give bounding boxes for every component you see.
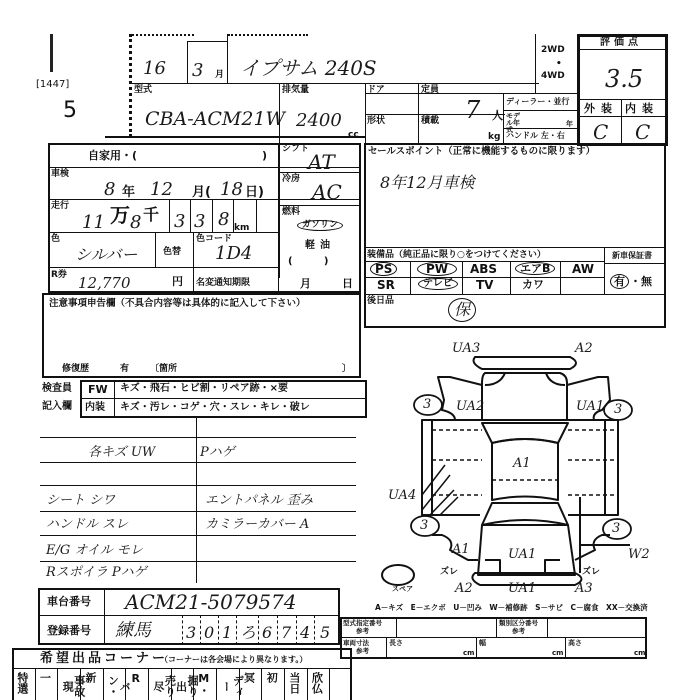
remark-left: E/G オイル モレ	[46, 544, 143, 557]
mark-a1-rear: A1	[452, 543, 470, 556]
color-label: 色	[51, 235, 60, 244]
corner-option[interactable]: 掘り出	[175, 672, 198, 700]
corner-divider	[57, 668, 58, 700]
displacement-label: 排気量	[282, 86, 309, 95]
interior-check-items: キズ・汚レ・コゲ・穴・スレ・キレ・破レ	[120, 403, 310, 413]
recycle-value: 12,770	[78, 276, 131, 291]
month-unit: 月	[215, 71, 224, 80]
reg-cell	[200, 615, 201, 645]
frame-line	[386, 637, 387, 659]
mark-w2: W2	[628, 548, 650, 561]
mileage-digit: 3	[174, 213, 185, 231]
class-label: 類別区分番号	[499, 620, 538, 627]
sales-block	[364, 143, 666, 328]
usage-label: 自家用・(	[88, 150, 137, 161]
frame-line	[396, 617, 397, 637]
shape-label: 形状	[367, 117, 385, 126]
mark-a1-roof: A1	[513, 457, 531, 470]
frame-line	[48, 232, 278, 233]
reg-cell	[277, 615, 278, 645]
equipment-tv[interactable]: TV	[476, 279, 493, 291]
capacity: 7	[465, 98, 480, 122]
frame-line	[510, 261, 511, 294]
mark-zure-right: ズレ	[582, 568, 600, 577]
exterior-label: 外装	[584, 103, 618, 114]
mileage-man: 11	[82, 214, 105, 232]
score-label: 評価点	[600, 38, 642, 48]
chassis-number: ACM21-5079574	[125, 592, 297, 612]
repair-history-value: 有	[120, 365, 129, 374]
corner-divider	[148, 668, 149, 700]
model-year-unit: 年	[566, 121, 573, 128]
remark-left: ハンドル スレ	[46, 518, 128, 531]
mark-ua1-bottom: UA1	[508, 582, 536, 595]
reg-cell	[314, 615, 315, 645]
name-change-day: 日	[342, 278, 353, 289]
exterior-grade: C	[593, 122, 608, 142]
corner-option[interactable]: 特選	[16, 672, 28, 694]
later-items-value: 保	[448, 298, 476, 322]
reg-digit: 1	[222, 625, 232, 641]
length-label: 長さ	[389, 640, 403, 647]
frame-line	[38, 615, 340, 616]
model-code-label: 型式	[134, 86, 152, 95]
equipment-aw[interactable]: AW	[572, 263, 594, 275]
fuel-label: 燃料	[282, 208, 300, 217]
corner-divider	[193, 668, 194, 700]
mark-a2-top: A2	[575, 342, 593, 355]
corner-option[interactable]: 新	[84, 672, 96, 683]
displacement: 2400	[296, 112, 342, 130]
remark-right: カミラーカバー A	[205, 518, 309, 531]
reg-digit: 6	[262, 625, 272, 641]
color-value: シルバー	[75, 247, 137, 263]
frame-line	[580, 116, 666, 117]
equipment-tv-circled[interactable]: テレビ	[418, 278, 458, 290]
reg-digit: 0	[204, 625, 214, 641]
sales-points-text: 8年12月車検	[380, 175, 475, 191]
frame-line	[503, 110, 579, 111]
color-code: 1D4	[215, 245, 252, 263]
frame-line	[547, 617, 548, 637]
corner-note: （コーナーは各会場により異なります。）	[160, 656, 307, 664]
frame-line	[278, 172, 361, 173]
reg-digit: ろ	[240, 625, 256, 641]
sales-points-label: セールスポイント（正常に機能するものに限ります）	[368, 147, 595, 157]
corner-option[interactable]: 欣仏	[311, 672, 323, 694]
reg-cell	[258, 615, 259, 645]
mark-ua1-tailgate: UA1	[508, 548, 536, 561]
frame-line	[476, 637, 477, 659]
equipment-abs[interactable]: ABS	[470, 263, 497, 275]
mileage-cell-line	[169, 199, 170, 232]
ruled-line	[40, 437, 356, 438]
ac-label: 冷房	[282, 175, 300, 184]
displacement-unit: cc	[348, 131, 359, 140]
mileage-sen: 8	[130, 214, 141, 232]
mark-ua1-fr: UA1	[576, 400, 604, 413]
capacity-unit: 人	[492, 110, 503, 121]
drive-2wd: 2WD	[541, 46, 565, 55]
recycle-label: R券	[51, 271, 67, 280]
height-cm: cm	[634, 650, 645, 657]
corner-divider	[329, 668, 330, 700]
reg-digit: 7	[281, 625, 291, 641]
size-label: 車両寸法	[343, 640, 369, 647]
chassis-label: 車台番号	[47, 596, 91, 607]
drive-sep: •	[556, 60, 562, 69]
mileage-cell-line	[190, 199, 191, 232]
frame-line	[365, 93, 580, 94]
shift-label: シフト	[282, 145, 309, 154]
remark-left: Rスポイラ Pハゲ	[46, 566, 147, 579]
frame-left	[129, 34, 132, 137]
fw-label: FW	[88, 384, 108, 395]
ruled-line	[40, 462, 356, 463]
frame-line	[114, 380, 115, 418]
frame-line	[228, 34, 308, 36]
inspection-year-unit: 年	[122, 186, 135, 199]
inspection-day: 18	[220, 181, 243, 199]
frame-line	[503, 128, 579, 129]
equipment-airbag[interactable]: エアB	[515, 262, 555, 275]
repair-location-label: 〔箇所	[150, 365, 177, 374]
fuel-gasoline: ガソリン	[297, 220, 343, 231]
type-designation-label: 型式指定番号	[343, 620, 382, 627]
model-code: CBA-ACM21W	[145, 110, 285, 129]
frame-line	[104, 588, 105, 645]
inspection-month: 12	[150, 181, 173, 199]
mileage-label: 走行	[51, 202, 69, 211]
interior-label: 内装	[625, 103, 659, 114]
mark-3-fr: 3	[614, 403, 622, 416]
load-unit: kg	[488, 133, 500, 142]
frame-line	[227, 34, 228, 84]
frame-line	[604, 247, 605, 294]
frame-line	[604, 263, 666, 264]
year-value: 16	[143, 60, 166, 78]
mark-ua4: UA4	[388, 489, 416, 502]
corner-divider	[216, 668, 217, 700]
inspector-label-1: 検査員	[42, 384, 72, 394]
frame-line	[129, 34, 194, 36]
frame-line	[565, 637, 566, 659]
model-name: イプサム 240S	[240, 58, 377, 78]
mileage-cell-line	[233, 199, 234, 232]
drive-4wd: 4WD	[541, 72, 565, 81]
height-label: 高さ	[568, 640, 582, 647]
ruled-line	[40, 511, 356, 512]
fw-items: キズ・飛石・ヒビ割・リペア跡・×要	[120, 384, 288, 394]
reg-cell	[236, 615, 237, 645]
mark-zure-left: ズレ	[440, 568, 458, 577]
frame-line	[193, 232, 194, 292]
corner-option[interactable]: 売り尽	[152, 672, 175, 700]
mileage-man-unit: 万	[110, 205, 130, 225]
corner-option[interactable]: 冥	[243, 672, 255, 683]
frame-line	[187, 41, 227, 42]
corner-divider	[103, 668, 104, 700]
frame-line	[580, 49, 666, 50]
remark-left: シート シワ	[46, 494, 115, 507]
length-cm: cm	[463, 650, 474, 657]
frame-line	[503, 93, 504, 143]
dealer-label: ディーラー・並行	[506, 98, 569, 106]
ruled-line	[40, 485, 356, 486]
reg-cell	[218, 615, 219, 645]
frame-line	[105, 136, 365, 138]
mileage-digit: 3	[194, 213, 205, 231]
frame-line	[580, 99, 666, 100]
interior-check-label: 内装	[85, 403, 105, 413]
frame-line	[80, 398, 367, 399]
frame-line	[364, 247, 666, 248]
mileage-sen-unit: 千	[143, 207, 159, 223]
usage-close: )	[262, 150, 267, 161]
warranty-sep: ・	[630, 276, 641, 287]
registration-label: 登録番号	[47, 625, 91, 636]
corner-divider	[171, 668, 172, 700]
score-value: 3.5	[605, 67, 643, 91]
frame-line	[364, 294, 666, 295]
remarks-divider	[196, 418, 197, 583]
mileage-digit: 8	[218, 211, 229, 229]
frame-line	[418, 83, 419, 143]
repair-location-close: 〕	[342, 365, 351, 374]
inspector-label-2: 記入欄	[42, 402, 72, 412]
reg-cell	[182, 615, 183, 645]
mark-spare: スペア	[392, 586, 413, 593]
mark-ua2: UA2	[456, 400, 484, 413]
corner-option[interactable]: バン・	[107, 672, 130, 700]
frame-line	[535, 34, 536, 93]
inspection-label: 車検	[51, 170, 69, 179]
reg-cell	[296, 615, 297, 645]
size-sub: 参考	[356, 648, 369, 655]
reg-digit: 5	[320, 625, 330, 641]
fuel-other: ( )	[288, 257, 328, 267]
corner-divider	[307, 668, 308, 700]
equipment-leather[interactable]: カワ	[522, 279, 544, 290]
type-designation-sub: 参考	[356, 628, 369, 635]
corner-divider	[261, 668, 262, 700]
frame-line	[462, 261, 463, 294]
remark-right: Pハゲ	[200, 446, 235, 459]
corner-option[interactable]: R	[130, 672, 142, 685]
equipment-label: 装備品（純正品に限り○をつけてください）	[367, 251, 546, 260]
corner-divider	[35, 668, 36, 700]
frame-line	[278, 205, 361, 206]
recycle-unit: 円	[172, 276, 183, 287]
mark-3-rr: 3	[612, 522, 620, 535]
lane-number: 5	[63, 98, 77, 123]
corner-divider	[80, 668, 81, 700]
handle-label: ハンドル 左・右	[506, 132, 565, 140]
mileage-cell-line	[212, 199, 213, 232]
inspection-month-unit: 月(	[192, 186, 211, 199]
corner-option[interactable]: 当日	[288, 672, 300, 694]
class-sub: 参考	[512, 628, 525, 635]
month-value: 3	[192, 62, 203, 80]
frame-line	[48, 267, 278, 268]
warranty-no[interactable]: 無	[641, 276, 652, 287]
width-label: 幅	[479, 640, 486, 647]
ruled-line	[40, 535, 356, 536]
corner-option[interactable]: 初	[266, 672, 278, 683]
frame-line	[365, 83, 366, 143]
fuel-diesel: 軽油	[305, 241, 335, 251]
interior-grade: C	[635, 122, 650, 142]
frame-line	[12, 668, 352, 669]
equipment-sr[interactable]: SR	[377, 279, 395, 291]
corner-option[interactable]: ディー	[220, 672, 243, 700]
shift-value: AT	[308, 152, 335, 172]
inspection-year: 8	[104, 181, 115, 199]
frame-line	[155, 232, 156, 267]
frame-line	[496, 617, 497, 637]
frame-line	[410, 261, 411, 294]
load-label: 積載	[421, 117, 439, 126]
reg-digit: 4	[300, 625, 310, 641]
corner-divider	[284, 668, 285, 700]
corner-divider	[125, 668, 126, 700]
notes-label: 注意事項申告欄（不具合内容等は具体的に記入して下さい）	[49, 299, 306, 309]
corner-title: 希望出品コーナー	[40, 652, 168, 665]
mark-3-fl: 3	[423, 398, 431, 411]
width-cm: cm	[552, 650, 563, 657]
binding-mark	[50, 34, 53, 72]
repair-history-label: 修復歴	[62, 365, 89, 374]
frame-line	[129, 83, 539, 84]
registration-prefix: 練馬	[115, 622, 151, 640]
corner-option[interactable]: 一	[39, 672, 51, 683]
frame-line	[560, 261, 561, 294]
mark-a3: A3	[575, 582, 593, 595]
frame-line	[621, 99, 622, 144]
remark-left: 各キズ UW	[88, 446, 155, 459]
frame-line	[278, 143, 279, 293]
mark-ua3: UA3	[452, 342, 480, 355]
lot-ref: [1447]	[36, 79, 69, 90]
name-change-month: 月	[300, 278, 311, 289]
later-items-label: 後日品	[367, 297, 394, 306]
ruled-line	[40, 561, 356, 562]
mark-a2-bottom: A2	[455, 582, 473, 595]
remark-right: エントパネル 歪み	[205, 494, 313, 507]
corner-option[interactable]: 事故現	[62, 672, 85, 700]
mark-3-rl: 3	[420, 519, 428, 532]
equipment-pw[interactable]: PW	[417, 262, 457, 276]
mileage-cell-line	[256, 199, 257, 232]
ac-value: AC	[312, 182, 342, 202]
warranty-label: 新車保証書	[612, 252, 652, 260]
damage-legend: A－キズ E－エクボ U－凹み W－補修跡 S－サビ C－腐食 XX－交換済	[375, 604, 648, 612]
repaint-label: 色替	[163, 248, 181, 257]
name-change-label: 名変通知期限	[196, 279, 250, 288]
corner-option[interactable]: M・	[198, 672, 210, 696]
corner-divider	[239, 668, 240, 700]
reg-digit: 3	[186, 625, 196, 641]
frame-line	[187, 41, 188, 84]
frame-line	[365, 114, 505, 115]
inspection-day-unit: 日)	[245, 186, 264, 199]
warranty-yes[interactable]: 有	[610, 274, 629, 289]
